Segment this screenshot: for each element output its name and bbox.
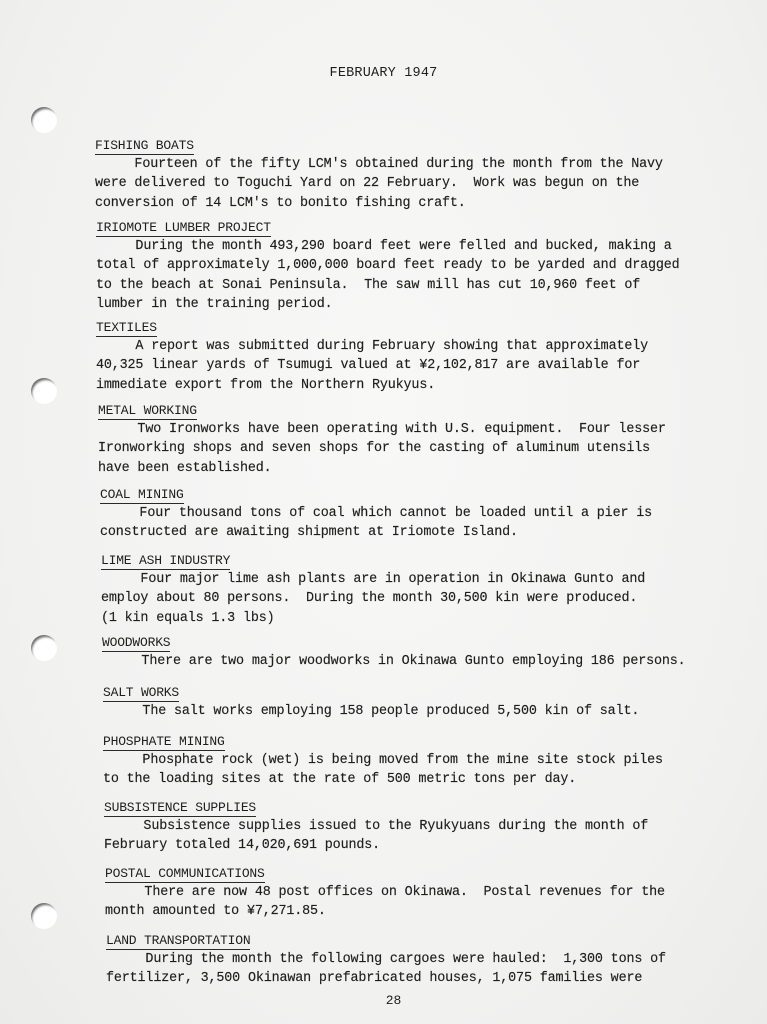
section-body: There are two major woodworks in Okinawa… [102,652,686,671]
punch-hole [31,903,57,929]
section-textiles: TEXTILES A report was submitted during F… [96,318,648,395]
section-body: Four major lime ash plants are in operat… [101,570,645,628]
section-postal-communications: POSTAL COMMUNICATIONS There are now 48 p… [105,864,665,922]
punch-hole [31,635,57,661]
section-body: A report was submitted during February s… [96,337,648,395]
section-phosphate-mining: PHOSPHATE MINING Phosphate rock (wet) is… [103,732,663,790]
page-title: FEBRUARY 1947 [0,66,767,81]
section-body: Subsistence supplies issued to the Ryuky… [104,817,648,856]
section-heading: TEXTILES [96,320,157,337]
section-heading: SUBSISTENCE SUPPLIES [104,800,256,817]
section-heading: COAL MINING [100,487,184,504]
section-subsistence-supplies: SUBSISTENCE SUPPLIES Subsistence supplie… [104,798,648,856]
section-heading: SALT WORKS [103,685,179,702]
section-heading: POSTAL COMMUNICATIONS [105,866,265,883]
page-number: 28 [0,993,767,1008]
section-heading: FISHING BOATS [95,138,194,155]
section-heading: METAL WORKING [98,403,197,420]
section-body: Four thousand tons of coal which cannot … [100,504,652,543]
section-heading: IRIOMOTE LUMBER PROJECT [96,220,271,237]
section-woodworks: WOODWORKS There are two major woodworks … [102,633,686,671]
section-salt-works: SALT WORKS The salt works employing 158 … [103,683,639,721]
section-heading: PHOSPHATE MINING [103,734,225,751]
section-fishing-boats: FISHING BOATS Fourteen of the fifty LCM'… [95,136,663,213]
section-body: During the month the following cargoes w… [106,950,666,989]
document-page: FEBRUARY 1947 FISHING BOATS Fourteen of … [0,0,767,1024]
section-land-transportation: LAND TRANSPORTATION During the month the… [106,931,666,989]
section-body: Phosphate rock (wet) is being moved from… [103,751,663,790]
section-heading: WOODWORKS [102,635,170,652]
section-body: The salt works employing 158 people prod… [103,702,639,721]
section-body: During the month 493,290 board feet were… [96,237,680,314]
section-heading: LAND TRANSPORTATION [106,933,250,950]
punch-hole [31,378,57,404]
section-body: Fourteen of the fifty LCM's obtained dur… [95,155,663,213]
punch-hole [31,107,57,133]
section-body: Two Ironworks have been operating with U… [98,420,666,478]
section-heading: LIME ASH INDUSTRY [101,553,230,570]
section-iriomote-lumber-project: IRIOMOTE LUMBER PROJECT During the month… [96,218,680,314]
section-body: There are now 48 post offices on Okinawa… [105,883,665,922]
section-coal-mining: COAL MINING Four thousand tons of coal w… [100,485,652,543]
section-metal-working: METAL WORKING Two Ironworks have been op… [98,401,666,478]
section-lime-ash-industry: LIME ASH INDUSTRY Four major lime ash pl… [101,551,645,628]
